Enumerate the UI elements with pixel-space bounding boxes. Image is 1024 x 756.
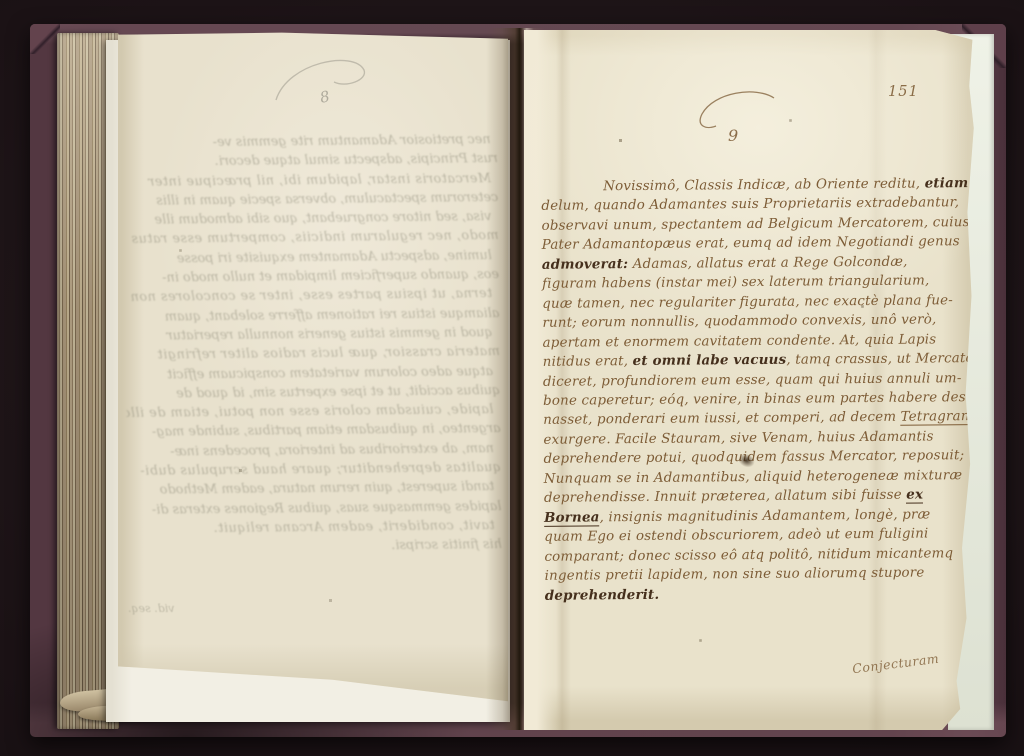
photograph-of-open-manuscript-book: 8 nec pretiosior Adamantum rite gemmis v…	[0, 0, 1024, 756]
catchword: Conjecturam	[851, 651, 939, 677]
text-line: deprehenderit.	[545, 583, 963, 606]
ink-bleedthrough-fragment: vid. seq.	[128, 602, 174, 615]
page-number: 151	[888, 84, 919, 100]
right-manuscript-page: 151 9 Novissimô, Classis Indicæ, ab Orie…	[524, 30, 976, 730]
text-line: his finitis scripsi.	[128, 535, 502, 558]
section-mark: 9	[686, 88, 782, 154]
paper-specks	[0, 0, 1, 1]
manuscript-text-block: Novissimô, Classis Indicæ, ab Oriente re…	[541, 174, 963, 606]
pencil-flourish-mark: 8	[268, 48, 378, 126]
section-mark-digit: 9	[728, 126, 738, 145]
text-line: ingentis pretii lapidem, non sine suo al…	[545, 563, 963, 586]
cover-corner-mitre-left	[30, 24, 60, 54]
left-manuscript-page: 8 nec pretiosior Adamantum rite gemmis v…	[118, 32, 508, 704]
ink-bleedthrough-text: nec pretiosior Adamantum rite gemmis ve-…	[124, 130, 503, 612]
